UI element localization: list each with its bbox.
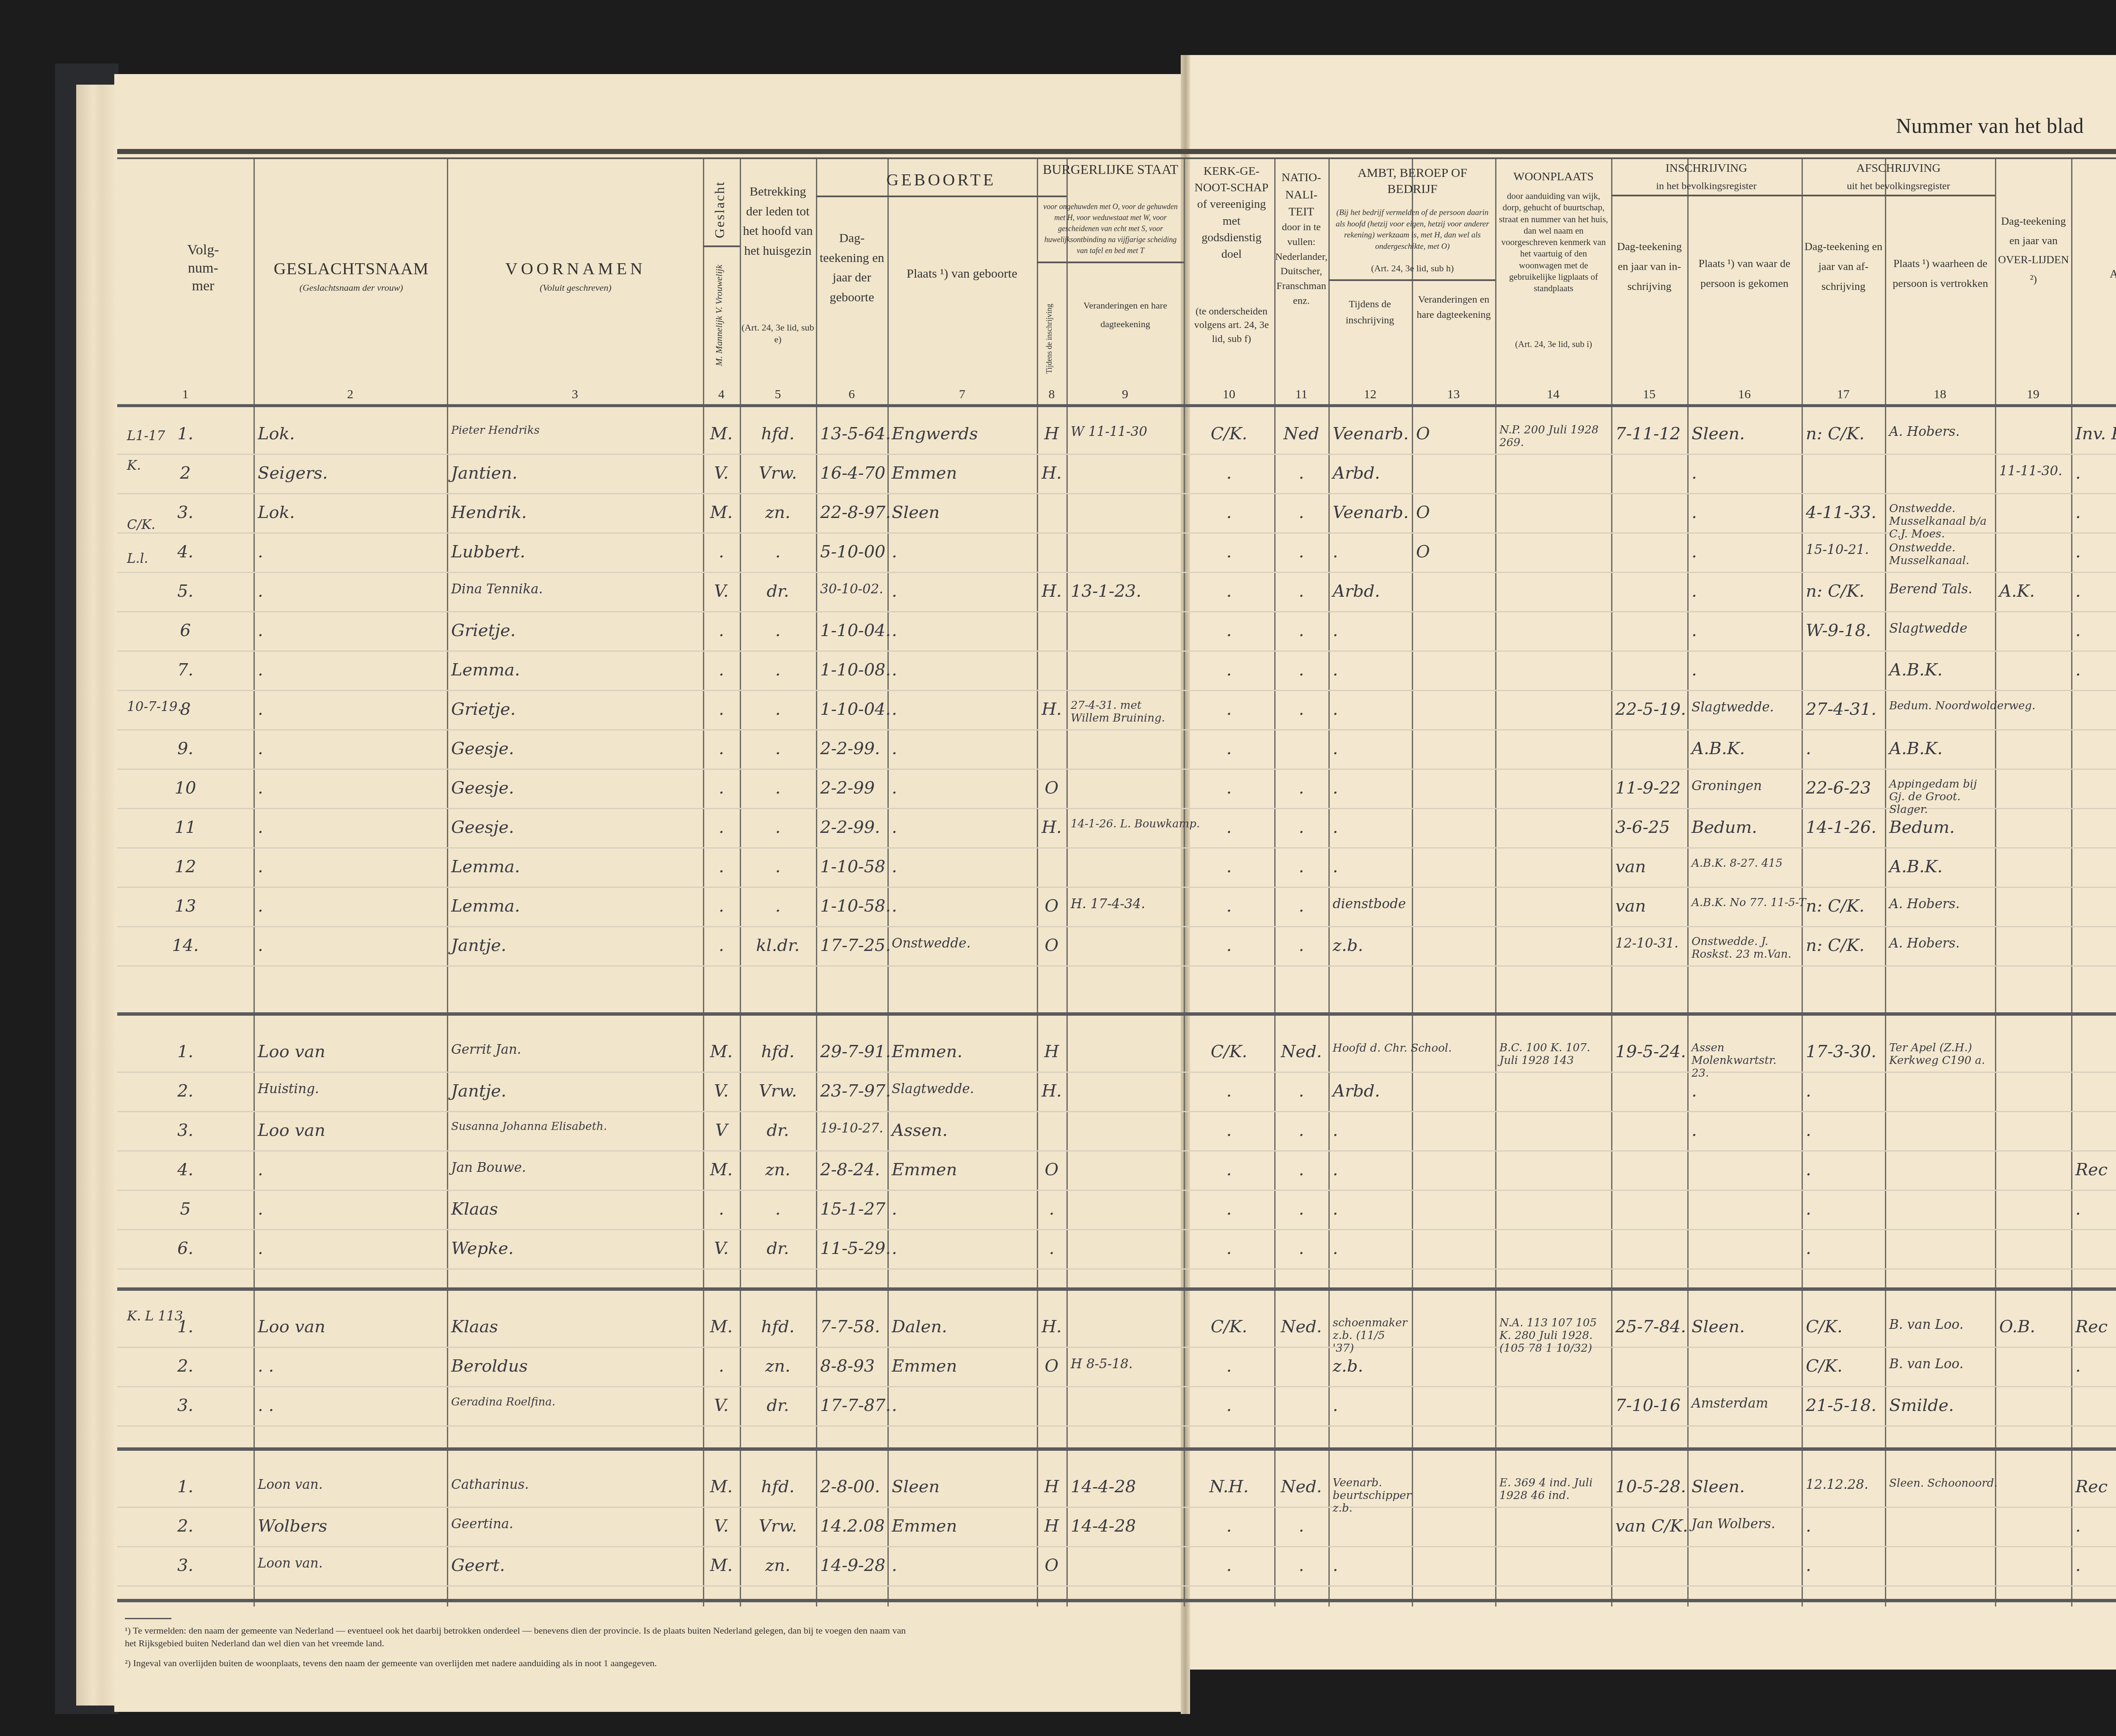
cell-out-to: A. Hobers. [1889,896,1991,912]
cell-remarks: Rec [2075,1160,2116,1179]
column-line [1687,159,1689,1606]
cell-birth-date: 16-4-70 [820,463,883,483]
header-geslachtsnaam-sub: (Geslachtsnaam der vrouw) [258,281,444,295]
cell-in-from: . [1692,621,1797,640]
cell-birth-date: 14.2.08 [820,1516,883,1536]
cell-nr: 13 [121,896,249,916]
cell-out-date: n: C/K. [1806,936,1881,955]
cell-birth-date: 11-5-29. [820,1239,883,1258]
cell-occupation: . [1333,1199,1408,1219]
ambt-rule [1328,279,1495,281]
ruled-line [117,454,2116,455]
cell-nr: 3. [121,1121,249,1140]
header-afschrijving: AFSCHRIJVING [1803,161,1994,176]
cell-birth-place: . [892,660,1033,680]
ruled-line [117,1507,2116,1508]
cell-sex: . [707,936,736,955]
cell-relation: . [744,896,812,916]
header-geslacht: Geslacht [711,178,728,241]
cell-civil: H [1041,1516,1062,1536]
cell-nr: 4. [121,1160,249,1179]
cell-surname: Loo van [258,1121,443,1140]
cell-given: Jantje. [451,936,699,955]
cell-out-date: . [1806,1516,1881,1536]
cell-out-to: Bedum. [1889,818,1991,837]
column-line [816,159,817,1606]
cell-in-from: Assen Molenkwartstr. 23. [1692,1042,1797,1080]
cell-birth-date: 1-10-04. [820,621,883,640]
cell-birth-date: 8-8-93 [820,1356,883,1376]
column-number: 14 [1495,387,1611,402]
cell-civil: O [1041,1160,1062,1179]
cell-given: Grietje. [451,621,699,640]
column-line [1802,159,1803,1606]
cell-residence: B.C. 100 K. 107. Juli 1928 143 [1499,1042,1607,1067]
ruled-line [117,1546,2116,1547]
cell-out-to: Sleen. Schoonoord. [1889,1477,1991,1490]
cell-out-date: . [1806,1081,1881,1101]
cell-civil-change: 13-1-23. [1071,581,1179,601]
cell-birth-date: 2-8-00. [820,1477,883,1496]
cell-given: Jantje. [451,1081,699,1101]
cell-in-date: 12-10-31. [1615,936,1683,951]
cell-surname: . [258,1199,443,1219]
cell-surname: . [258,700,443,719]
cell-birth-place: Emmen [892,463,1033,483]
column-line [1184,159,1185,1606]
cell-sex: . [707,700,736,719]
cell-church: . [1188,1516,1270,1536]
cell-birth-place: Sleen [892,503,1033,522]
cell-in-from: Amsterdam [1692,1396,1797,1411]
cell-surname: Loo van [258,1317,443,1336]
cell-given: Geesje. [451,818,699,837]
cell-nr: 1. [121,1477,249,1496]
ruled-line [117,1585,2116,1587]
cell-relation: . [744,818,812,837]
household-separator-rule [117,1599,2116,1602]
cell-relation: zn. [744,1556,812,1575]
column-number: 9 [1066,387,1184,402]
cell-birth-date: 19-10-27. [820,1121,883,1136]
header-geboorte-datum: Dag-teekening en jaar der geboorte [818,229,886,307]
cell-remarks: . [2075,1556,2116,1575]
cell-in-date: 7-10-16 [1615,1396,1683,1415]
cell-remarks: Rec [2075,1317,2116,1336]
cell-in-from: . [1692,1121,1797,1140]
cell-birth-place: Dalen. [892,1317,1033,1336]
header-ambt: AMBT, BEROEP OF BEDRIJF [1331,165,1494,197]
cell-birth-place: . [892,542,1033,562]
ruled-line [117,1425,2116,1427]
header-inschrijving: INSCHRIJVING [1612,161,1800,176]
cell-church: C/K. [1188,1042,1270,1061]
cell-civil: O [1041,1556,1062,1575]
cell-nationality: . [1278,503,1324,522]
header-bs-tijdens: Tijdens de inschrijving [1044,296,1054,381]
cell-church: . [1188,1239,1270,1258]
ruled-line [117,847,2116,849]
cell-birth-date: 17-7-87. [820,1396,883,1415]
cell-civil: H. [1041,1317,1062,1336]
header-afschrijving-plaats: Plaats ¹) waarheen de persoon is vertrok… [1887,254,1994,294]
header-aanmerkingen: AAN-MERKINGEN [2073,267,2116,281]
header-inschrijving-sub: in het bevolkingsregister [1612,180,1800,193]
cell-nr: 2. [121,1356,249,1376]
column-number: 3 [447,387,703,402]
household-separator-rule [117,1287,2116,1291]
cell-occupation: Veenarb. [1333,503,1408,522]
cell-occupation: Hoofd d. Chr. School. [1333,1042,1408,1055]
cell-nr: 3. [121,1396,249,1415]
header-woonplaats-sub: door aanduiding van wijk, dorp, gehucht … [1498,190,1609,295]
column-line [1037,159,1038,1606]
cell-nr: 11 [121,818,249,837]
cell-nr: 10 [121,778,249,798]
cell-birth-date: 22-8-97. [820,503,883,522]
ruled-line [117,690,2116,691]
column-line [1328,159,1330,1606]
cell-birth-date: 2-8-24. [820,1160,883,1179]
cell-birth-date: 1-10-08. [820,660,883,680]
cell-nationality: . [1278,660,1324,680]
cell-in-date: 22-5-19. [1615,700,1683,719]
cell-in-from: Sleen. [1692,1477,1797,1496]
cell-nationality: . [1278,1160,1324,1179]
cell-birth-date: 1-10-04. [820,700,883,719]
cell-in-from: . [1692,463,1797,483]
cell-church: . [1188,463,1270,483]
cell-in-from: A.B.K. No 77. 11-5-T [1692,896,1797,909]
cell-out-date: n: C/K. [1806,424,1881,444]
cell-church: . [1188,739,1270,758]
cell-sex: . [707,778,736,798]
cell-church: . [1188,1160,1270,1179]
cell-out-to: A. Hobers. [1889,936,1991,951]
cell-nationality: Ned. [1278,1317,1324,1336]
cell-given: Lemma. [451,896,699,916]
cell-church: . [1188,700,1270,719]
cell-church: . [1188,581,1270,601]
cell-civil: H. [1041,463,1062,483]
cell-birth-place: . [892,1556,1033,1575]
ruled-line [117,1150,2116,1152]
column-number: 19 [1995,387,2071,402]
column-line [1611,159,1612,1606]
cell-remarks: Rec [2075,1477,2116,1496]
cell-out-to: Onstwedde. Musselkanaal. [1889,542,1991,568]
cell-nationality: . [1278,621,1324,640]
cell-occupation: Veenarb. beurtschipper z.b. [1333,1477,1408,1515]
cell-nationality: . [1278,1239,1324,1258]
column-line [1495,159,1496,1606]
cell-nr: 2. [121,1081,249,1101]
cell-birth-date: 5-10-00 [820,542,883,562]
cell-in-from: Onstwedde. J. Roskst. 23 m.Van. [1692,936,1797,961]
cell-occupation: . [1333,1396,1408,1415]
cell-out-to: A.B.K. [1889,857,1991,876]
cell-civil-change: 27-4-31. met Willem Bruining. [1071,700,1179,725]
cell-in-from: Jan Wolbers. [1692,1516,1797,1532]
header-overlijden: Dag-teekening en jaar van OVER-LIJDEN ²) [1997,212,2070,289]
cell-relation: Vrw. [744,1081,812,1101]
cell-given: Geesje. [451,739,699,758]
cell-nationality: . [1278,1081,1324,1101]
cell-sex: V. [707,1516,736,1536]
cell-civil: O [1041,1356,1062,1376]
cell-surname: . [258,1239,443,1258]
cell-surname: Lok. [258,424,443,444]
cell-nationality: . [1278,896,1324,916]
cell-given: Lubbert. [451,542,699,562]
column-number: 20 [2071,387,2116,402]
header-woonplaats: WOONPLAATS [1497,169,1610,184]
header-voornamen: VOORNAMEN [453,258,698,279]
cell-relation: . [744,700,812,719]
cell-civil: O [1041,778,1062,798]
cell-birth-date: 15-1-27 [820,1199,883,1219]
cell-occupation: Arbd. [1333,1081,1408,1101]
cell-birth-date: 1-10-58 [820,857,883,876]
cell-nr: 2. [121,1516,249,1536]
cell-surname: . [258,936,443,955]
cell-nationality: . [1278,463,1324,483]
cell-out-date: n: C/K. [1806,896,1881,916]
header-bs-veranderingen: Veranderingen en hare dagteekening [1068,296,1182,333]
cell-church: C/K. [1188,424,1270,444]
column-number: 10 [1184,387,1274,402]
cell-birth-date: 17-7-25. [820,936,883,955]
cell-nationality: . [1278,1516,1324,1536]
cell-given: Klaas [451,1317,699,1336]
cell-given: Wepke. [451,1239,699,1258]
column-number: 8 [1037,387,1066,402]
cell-relation: hfd. [744,1477,812,1496]
cell-residence: N.A. 113 107 105 K. 280 Juli 1928. (105 … [1499,1317,1607,1355]
ruled-line [117,650,2116,652]
column-number: 4 [703,387,740,402]
column-number: 12 [1328,387,1412,402]
ruled-line [117,1190,2116,1191]
cell-occupation: z.b. [1333,1356,1408,1376]
cell-relation: Vrw. [744,463,812,483]
cell-relation: zn. [744,1356,812,1376]
cell-civil-change: H. 17-4-34. [1071,896,1179,912]
cell-surname: . [258,1160,443,1179]
column-line [1995,159,1996,1606]
cell-civil: H [1041,424,1062,444]
cell-occupation: . [1333,1556,1408,1575]
cell-birth-place: . [892,581,1033,601]
burgerlijke-staat-rule [1037,262,1184,263]
cell-in-date: 10-5-28. [1615,1477,1683,1496]
cell-nr: 1. [121,1042,249,1061]
cell-surname: . [258,581,443,601]
header-inschrijving-datum: Dag-teekening en jaar van in-schrijving [1612,237,1686,296]
header-burgerlijke-staat: BURGERLIJKE STAAT [1038,161,1183,178]
cell-relation: . [744,621,812,640]
cell-surname: Seigers. [258,463,443,483]
cell-out-to: Bedum. Noordwolderweg. [1889,700,1991,712]
cell-sex: M. [707,424,736,444]
cell-sex: M. [707,503,736,522]
cell-remarks: . [2075,1356,2116,1376]
cell-nr: 3. [121,503,249,522]
cell-sex: . [707,896,736,916]
cell-out-date: C/K. [1806,1317,1881,1336]
cell-occupation: Veenarb. [1333,424,1408,444]
cell-church: . [1188,818,1270,837]
cell-birth-date: 29-7-91. [820,1042,883,1061]
cell-occupation: . [1333,1239,1408,1258]
cell-sex: V. [707,1396,736,1415]
cell-birth-place: . [892,1199,1033,1219]
cell-surname: . [258,896,443,916]
cell-relation: dr. [744,1396,812,1415]
cell-in-from: Sleen. [1692,424,1797,444]
cell-sex: M. [707,1042,736,1061]
cell-civil-change: 14-4-28 [1071,1516,1179,1536]
cell-given: Susanna Johanna Elisabeth. [451,1121,699,1133]
cell-surname: . . [258,1356,443,1376]
cell-relation: kl.dr. [744,936,812,955]
cell-surname: Loo van [258,1042,443,1061]
cell-civil: H. [1041,700,1062,719]
cell-sex: V. [707,463,736,483]
cell-birth-place: Emmen [892,1160,1033,1179]
cell-surname: . . [258,1396,443,1415]
cell-church: . [1188,1556,1270,1575]
cell-sex: M. [707,1160,736,1179]
cell-given: Klaas [451,1199,699,1219]
cell-church: . [1188,1081,1270,1101]
cell-surname: . [258,621,443,640]
cell-civil-change: H 8-5-18. [1071,1356,1179,1372]
cell-in-from: A.B.K. [1692,739,1797,758]
cell-relation: hfd. [744,1317,812,1336]
cell-remarks: . [2075,542,2116,562]
cell-nationality: . [1278,1121,1324,1140]
cell-birth-date: 13-5-64. [820,424,883,444]
column-line [447,159,448,1606]
cell-birth-place: Slagtwedde. [892,1081,1033,1097]
cell-sex: . [707,818,736,837]
cell-civil: H [1041,1042,1062,1061]
cell-nr: 6. [121,1239,249,1258]
cell-out-date: . [1806,1160,1881,1179]
cell-nr: 3. [121,1556,249,1575]
cell-church: . [1188,660,1270,680]
header-ambt-sub: (Bij het bedrijf vermelden of de persoon… [1333,207,1492,252]
cell-in-from: . [1692,1081,1797,1101]
column-number: 6 [816,387,887,402]
ruled-line [117,1268,2116,1270]
cell-church: N.H. [1188,1477,1270,1496]
cell-relation: Vrw. [744,1516,812,1536]
cell-sex: M. [707,1477,736,1496]
cell-occupation: . [1333,739,1408,758]
ruled-line [117,572,2116,573]
ruled-line [117,1072,2116,1073]
ruled-line [117,769,2116,770]
household-separator-rule [117,1012,2116,1016]
cell-nr: 4. [121,542,249,562]
cell-out-to: Smilde. [1889,1396,1991,1415]
cell-sex: V [707,1121,736,1140]
cell-church: . [1188,1199,1270,1219]
cell-out-date: 22-6-23 [1806,778,1881,798]
cell-given: Geertina. [451,1516,699,1532]
column-line [1066,159,1068,1606]
cell-nr: 1. [121,424,249,444]
cell-out-date: 15-10-21. [1806,542,1881,557]
cell-civil: O [1041,896,1062,916]
header-inschrijving-plaats: Plaats ¹) van waar de persoon is gekomen [1689,254,1800,294]
header-volgnummer: Volg- num- mer [161,241,245,295]
cell-in-date: van C/K. [1615,1516,1683,1536]
household-separator-rule [117,1447,2116,1451]
cell-nr: 14. [121,936,249,955]
cell-birth-place: . [892,857,1033,876]
header-top-rule [117,149,2116,154]
cell-birth-place: . [892,621,1033,640]
header-bottom-rule [117,404,2116,407]
cell-birth-date: 23-7-97. [820,1081,883,1101]
cell-church: . [1188,936,1270,955]
cell-nr: 2 [121,463,249,483]
header-kerkgenootschap-sub: (te onderscheiden volgens art. 24, 3e li… [1191,305,1272,346]
cell-nr: 5. [121,581,249,601]
header-top-rule-thin [117,157,2116,159]
cell-birth-place: Assen. [892,1121,1033,1140]
cell-out-to: Appingedam bij Gj. de Groot. Slager. [1889,778,1991,816]
ruled-line [117,926,2116,927]
cell-remarks: . [2075,1516,2116,1536]
column-number: 7 [887,387,1037,402]
cell-out-date: . [1806,1199,1881,1219]
cell-occupation: . [1333,660,1408,680]
cell-out-date: W-9-18. [1806,621,1881,640]
header-ambt-tijdens: Tijdens de inschrijving [1330,296,1410,329]
cell-sex: . [707,1356,736,1376]
column-number: 18 [1885,387,1995,402]
cell-out-to: A.B.K. [1889,660,1991,680]
header-burgerlijke-staat-sub: voor ongehuwden met O, voor de gehuwden … [1039,201,1182,256]
cell-out-date: C/K. [1806,1356,1881,1376]
cell-nr: 7. [121,660,249,680]
cell-given: Geesje. [451,778,699,798]
cell-sex: . [707,1199,736,1219]
sheet-number-label: Nummer van het blad [1896,113,2084,138]
footnote-1: ¹) Te vermelden: den naam der gemeente v… [125,1624,908,1649]
cell-birth-place: . [892,739,1033,758]
cell-nationality: Ned. [1278,1477,1324,1496]
cell-out-date: 4-11-33. [1806,503,1881,522]
cell-in-date: 3-6-25 [1615,818,1683,837]
cell-church: . [1188,778,1270,798]
cell-nr: 6 [121,621,249,640]
ruled-line [117,965,2116,967]
cell-sex: M. [707,1556,736,1575]
cell-given: Beroldus [451,1356,699,1376]
cell-birth-place: Emmen [892,1356,1033,1376]
cell-given: Geert. [451,1556,699,1575]
cell-nr: 5 [121,1199,249,1219]
cell-in-date: van [1615,857,1683,876]
cell-in-date: 7-11-12 [1615,424,1683,444]
cell-occupation: . [1333,1121,1408,1140]
header-kerkgenootschap: KERK-GE-NOOT-SCHAP of vereeniging met go… [1191,163,1272,262]
